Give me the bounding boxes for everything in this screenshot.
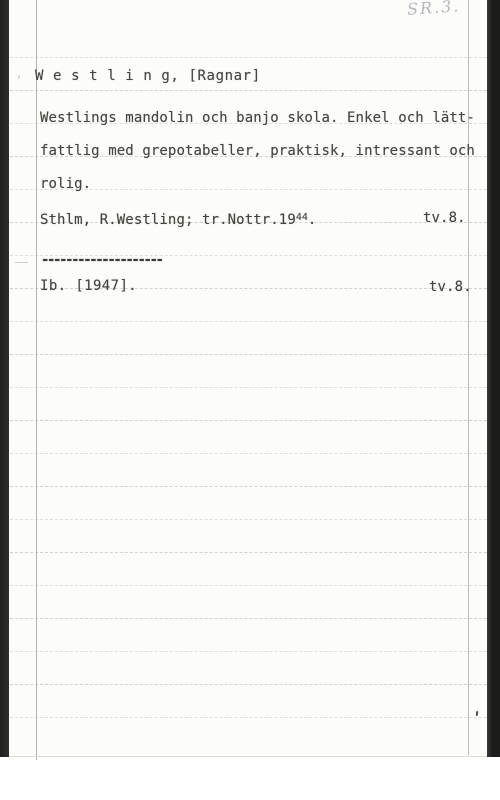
pencil-shelfmark: SR.3. bbox=[406, 0, 461, 19]
imprint-line: Sthlm, R.Westling; tr.Nottr.1944. bbox=[40, 209, 316, 229]
pencil-margin-mark: , bbox=[17, 66, 21, 81]
margin-rule-left bbox=[36, 0, 37, 760]
ink-speck bbox=[476, 711, 479, 716]
ruled-line bbox=[10, 618, 487, 619]
ruled-line bbox=[10, 651, 487, 652]
scanner-edge-left bbox=[0, 0, 9, 757]
ruled-line bbox=[10, 684, 487, 685]
imprint-period: . bbox=[308, 212, 317, 228]
format-note-1: tv.8. bbox=[423, 210, 466, 227]
scanner-edge-right bbox=[487, 0, 500, 757]
ruled-line bbox=[10, 420, 487, 421]
ruled-line bbox=[10, 717, 487, 718]
ruled-line bbox=[10, 354, 487, 355]
title-line-2: fattlig med grepotabeller, praktisk, int… bbox=[40, 143, 475, 160]
ruled-line bbox=[10, 519, 487, 520]
card-bottom-edge bbox=[9, 756, 487, 757]
ruled-line bbox=[10, 486, 487, 487]
imprint-text: Sthlm, R.Westling; tr.Nottr.19 bbox=[40, 212, 296, 228]
pencil-dash-mark bbox=[15, 262, 28, 263]
format-note-2: tv.8. bbox=[429, 279, 472, 296]
title-line-3: rolig. bbox=[40, 176, 91, 193]
catalog-card: SR.3. , W e s t l i n g, [Ragnar] Westli… bbox=[0, 0, 500, 757]
title-line-1: Westlings mandolin och banjo skola. Enke… bbox=[40, 110, 475, 127]
imprint-year-superscript: 44 bbox=[296, 212, 308, 223]
ruled-line bbox=[10, 90, 487, 91]
second-entry-line: Ib. [1947]. bbox=[40, 278, 137, 295]
ruled-line bbox=[10, 387, 487, 388]
ruled-line bbox=[10, 453, 487, 454]
ruled-line bbox=[10, 321, 487, 322]
entry-heading-author: W e s t l i n g, [Ragnar] bbox=[35, 68, 261, 85]
ruled-line bbox=[10, 585, 487, 586]
typed-separator: -------------------- bbox=[41, 252, 162, 269]
ruled-line bbox=[10, 57, 487, 58]
ruled-line bbox=[10, 552, 487, 553]
